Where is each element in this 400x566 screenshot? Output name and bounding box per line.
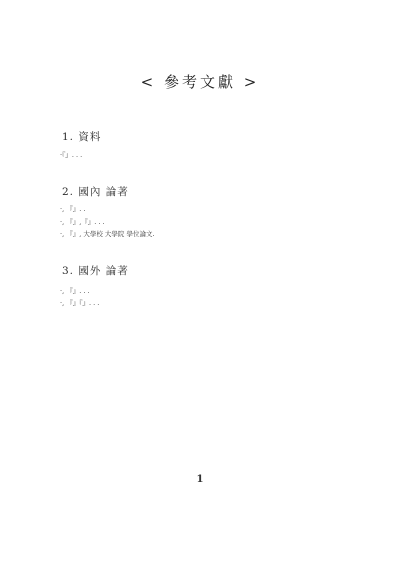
section-heading-materials: 1. 資料 [62, 129, 101, 144]
page-title: < 參考文獻 > [0, 71, 400, 92]
reference-item: ·, 『』, 大學校 大學院 學位論文. [60, 228, 155, 241]
section-heading-foreign-papers: 3. 國外 論著 [62, 263, 129, 278]
reference-item: ·, 『』『』. . . [60, 297, 99, 310]
reference-item: ·, 『』,『』. . . [60, 216, 105, 229]
document-page: < 參考文獻 > 1. 資料 ·『』. . . 2. 國內 論著 ·, 『』. … [0, 0, 400, 566]
reference-item: ·, 『』. . . [60, 285, 90, 298]
reference-item: ·, 『』. . [60, 203, 85, 216]
reference-item: ·『』. . . [60, 149, 82, 162]
page-number: 1 [0, 474, 400, 485]
section-heading-domestic-papers: 2. 國內 論著 [62, 184, 129, 199]
